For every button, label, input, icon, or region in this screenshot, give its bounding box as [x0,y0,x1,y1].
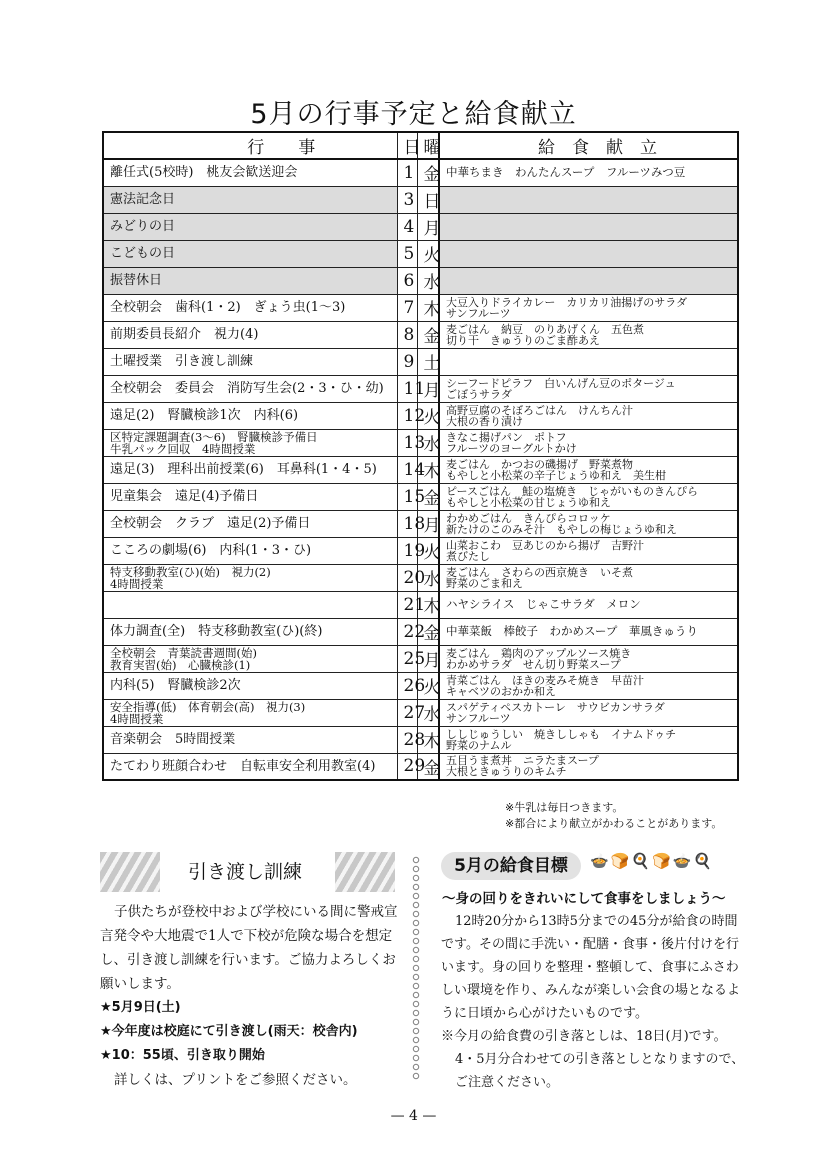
day-cell: 14 [397,456,417,483]
event-cell: 音楽朝会 5時間授業 [103,726,397,753]
weekday-cell: 水 [417,267,439,294]
menu-cell [439,240,738,267]
table-row: こころの劇場(6) 内科(1・3・ひ)19火山菜おこわ 豆あじのから揚げ 吉野汁… [103,537,738,564]
event-text: 全校朝会 歯科(1・2) ぎょう虫(1～3) [110,301,391,314]
header-day: 日 [397,132,417,159]
menu-text: 新たけのこのみそ汁 もやしの梅じょうゆ和え [446,524,731,535]
event-text: 前期委員長紹介 視力(4) [110,328,391,341]
menu-text: 麦ごはん さわらの西京焼き いそ煮 [446,567,731,578]
event-cell: こどもの日 [103,240,397,267]
menu-cell: ししじゅうしい 焼きししゃも イナムドゥチ野菜のナムル [439,726,738,753]
day-cell: 11 [397,375,417,402]
event-cell: 遠足(3) 理科出前授業(6) 耳鼻科(1・4・5) [103,456,397,483]
menu-cell: 五目うま煮丼 ニラたまスープ大根ときゅうりのキムチ [439,753,738,780]
menu-cell: きなこ揚げパン ポトフフルーツのヨーグルトかけ [439,429,738,456]
menu-text: もやしと小松菜の甘じょうゆ和え [446,497,731,508]
weekday-cell: 日 [417,186,439,213]
event-cell: みどりの日 [103,213,397,240]
table-row: 児童集会 遠足(4)予備日15金ピースごはん 鮭の塩焼き じゃがいものきんぴらも… [103,483,738,510]
event-cell: 土曜授業 引き渡し訓練 [103,348,397,375]
menu-text: わかめごはん きんぴらコロッケ [446,513,731,524]
event-text: 児童集会 遠足(4)予備日 [110,490,391,503]
day-cell: 12 [397,402,417,429]
menu-text: わかめサラダ せん切り野菜スープ [446,659,731,670]
event-text: こどもの日 [110,247,391,260]
event-cell: 区特定課題調査(3～6) 腎臓検診予備日牛乳パック回収 4時間授業 [103,429,397,456]
table-row: 区特定課題調査(3～6) 腎臓検診予備日牛乳パック回収 4時間授業13水きなこ揚… [103,429,738,456]
event-cell: 全校朝会 クラブ 遠足(2)予備日 [103,510,397,537]
menu-cell: 麦ごはん かつおの磯揚げ 野菜煮物もやしと小松菜の辛子じょうゆ和え 美生柑 [439,456,738,483]
lunch-fee-note-detail: 4・5月分合わせての引き落としとなりますので、ご注意ください。 [441,1048,746,1094]
event-text: 区特定課題調査(3～6) 腎臓検診予備日 [110,431,391,443]
weekday-cell: 土 [417,348,439,375]
event-text: 振替休日 [110,274,391,287]
menu-text: キャベツのおかか和え [446,686,731,697]
menu-text: 大根ときゅうりのキムチ [446,766,731,777]
day-cell: 8 [397,321,417,348]
menu-text: 煮びたし [446,551,731,562]
menu-text: シーフードピラフ 白いんげん豆のポタージュ [446,378,731,389]
drill-title: 引き渡し訓練 [100,857,390,884]
weekday-cell: 木 [417,294,439,321]
table-row: 全校朝会 青葉読書週間(始)教育実習(始) 心臓検診(1)25月麦ごはん 鶏肉の… [103,645,738,672]
menu-text: ピースごはん 鮭の塩焼き じゃがいものきんぴら [446,486,731,497]
event-text: 教育実習(始) 心臓検診(1) [110,659,391,671]
weekday-cell: 金 [417,321,439,348]
menu-cell [439,267,738,294]
event-text: 特支移動教室(ひ)(始) 視力(2) [110,566,391,578]
day-cell: 27 [397,699,417,726]
table-row: こどもの日5火 [103,240,738,267]
drill-body: 子供たちが登校中および学校にいる間に警戒宣言発令や大地震で1人で下校が危険な場合… [100,900,400,996]
note-menu-change: ※都合により献立がかわることがあります。 [505,816,722,832]
day-cell: 13 [397,429,417,456]
menu-text: 野菜のごま和え [446,578,731,589]
menu-cell [439,213,738,240]
menu-text: スパゲティペスカトーレ サウビカンサラダ [446,702,731,713]
table-row: 遠足(2) 腎臓検診1次 内科(6)12火高野豆腐のそぼろごはん けんちん汁大根… [103,402,738,429]
menu-text: ししじゅうしい 焼きししゃも イナムドゥチ [446,729,731,740]
day-cell: 20 [397,564,417,591]
table-row: 21木ハヤシライス じゃこサラダ メロン [103,591,738,618]
table-row: 全校朝会 歯科(1・2) ぎょう虫(1～3)7木大豆入りドライカレー カリカリ油… [103,294,738,321]
menu-text: 青菜ごはん ほきの麦みそ焼き 早苗汁 [446,675,731,686]
event-text: 体力調査(全) 特支移動教室(ひ)(終) [110,625,391,638]
menu-cell: わかめごはん きんぴらコロッケ新たけのこのみそ汁 もやしの梅じょうゆ和え [439,510,738,537]
event-cell: 遠足(2) 腎臓検診1次 内科(6) [103,402,397,429]
day-cell: 9 [397,348,417,375]
header-menu: 給 食 献 立 [439,132,738,159]
menu-text: フルーツのヨーグルトかけ [446,443,731,454]
table-row: 内科(5) 腎臓検診2次26火青菜ごはん ほきの麦みそ焼き 早苗汁キャベツのおか… [103,672,738,699]
event-cell: 離任式(5校時) 桃友会歓送迎会 [103,159,397,186]
day-cell: 7 [397,294,417,321]
day-cell: 3 [397,186,417,213]
day-cell: 15 [397,483,417,510]
table-row: 特支移動教室(ひ)(始) 視力(2)4時間授業20水麦ごはん さわらの西京焼き … [103,564,738,591]
drill-footer: 詳しくは、プリントをご参照ください。 [100,1068,400,1092]
schedule-body: 離任式(5校時) 桃友会歓送迎会1金中華ちまき わんたんスープ フルーツみつ豆憲… [103,159,738,780]
event-text: 憲法記念日 [110,193,391,206]
menu-text: 山菜おこわ 豆あじのから揚げ 吉野汁 [446,540,731,551]
event-cell: 児童集会 遠足(4)予備日 [103,483,397,510]
menu-text: 野菜のナムル [446,740,731,751]
day-cell: 1 [397,159,417,186]
event-text: 全校朝会 青葉読書週間(始) [110,647,391,659]
event-text: みどりの日 [110,220,391,233]
page-number: — 4 — [0,1108,827,1124]
lunch-fee-note: ※今月の給食費の引き落としは、18日(月)です。 [441,1025,746,1048]
table-row: 憲法記念日3日 [103,186,738,213]
menu-cell: 麦ごはん 納豆 のりあげくん 五色煮切り干 きゅうりのごま酢あえ [439,321,738,348]
lunch-goal-title: 5月の給食目標 [441,852,581,880]
menu-cell: 麦ごはん 鶏肉のアップルソース焼きわかめサラダ せん切り野菜スープ [439,645,738,672]
table-row: 遠足(3) 理科出前授業(6) 耳鼻科(1・4・5)14木麦ごはん かつおの磯揚… [103,456,738,483]
note-milk: ※牛乳は毎日つきます。 [505,800,722,816]
drill-point-time: ★10：55頃、引き取り開始 [100,1044,400,1068]
weekday-cell: 金 [417,159,439,186]
day-cell: 29 [397,753,417,780]
table-row: 体力調査(全) 特支移動教室(ひ)(終)22金中華菜飯 棒餃子 わかめスープ 華… [103,618,738,645]
lunch-goal-subtitle: ～身の回りをきれいにして食事をしましょう～ [442,887,726,907]
event-text: 音楽朝会 5時間授業 [110,733,391,746]
menu-cell: ハヤシライス じゃこサラダ メロン [439,591,738,618]
drill-section: 子供たちが登校中および学校にいる間に警戒宣言発令や大地震で1人で下校が危険な場合… [100,900,400,1092]
event-cell: 全校朝会 歯科(1・2) ぎょう虫(1～3) [103,294,397,321]
event-text: たてわり班顔合わせ 自転車安全利用教室(4) [110,760,391,773]
event-text: 全校朝会 クラブ 遠足(2)予備日 [110,517,391,530]
event-text: 4時間授業 [110,578,391,590]
drill-point-date: ★5月9日(土) [100,996,400,1020]
day-cell: 25 [397,645,417,672]
table-row: 前期委員長紹介 視力(4)8金麦ごはん 納豆 のりあげくん 五色煮切り干 きゅう… [103,321,738,348]
table-row: 全校朝会 委員会 消防写生会(2・3・ひ・幼)11月シーフードピラフ 白いんげん… [103,375,738,402]
table-row: たてわり班顔合わせ 自転車安全利用教室(4)29金五目うま煮丼 ニラたまスープ大… [103,753,738,780]
table-header-row: 行 事 日 曜 給 食 献 立 [103,132,738,159]
event-text: 4時間授業 [110,713,391,725]
day-cell: 22 [397,618,417,645]
menu-cell: 高野豆腐のそぼろごはん けんちん汁大根の香り漬け [439,402,738,429]
event-cell: 前期委員長紹介 視力(4) [103,321,397,348]
menu-text: 大豆入りドライカレー カリカリ油揚げのサラダ [446,297,731,308]
event-cell: 体力調査(全) 特支移動教室(ひ)(終) [103,618,397,645]
day-cell: 19 [397,537,417,564]
event-cell [103,591,397,618]
event-cell: 内科(5) 腎臓検診2次 [103,672,397,699]
table-row: 全校朝会 クラブ 遠足(2)予備日18月わかめごはん きんぴらコロッケ新たけのこ… [103,510,738,537]
menu-text: 中華菜飯 棒餃子 わかめスープ 華風きゅうり [446,626,731,637]
lunch-goal-section: 12時20分から13時5分までの45分が給食の時間です。その間に手洗い・配膳・食… [441,910,746,1094]
menu-text: 麦ごはん かつおの磯揚げ 野菜煮物 [446,459,731,470]
day-cell: 4 [397,213,417,240]
event-cell: こころの劇場(6) 内科(1・3・ひ) [103,537,397,564]
menu-text: 麦ごはん 鶏肉のアップルソース焼き [446,648,731,659]
event-cell: 憲法記念日 [103,186,397,213]
event-cell: 全校朝会 委員会 消防写生会(2・3・ひ・幼) [103,375,397,402]
menu-cell [439,186,738,213]
event-text: 安全指導(低) 体育朝会(高) 視力(3) [110,701,391,713]
menu-text: ごぼうサラダ [446,389,731,400]
event-text: こころの劇場(6) 内科(1・3・ひ) [110,544,391,557]
menu-text: サンフルーツ [446,308,731,319]
table-row: みどりの日4月 [103,213,738,240]
menu-cell: 大豆入りドライカレー カリカリ油揚げのサラダサンフルーツ [439,294,738,321]
event-text: 全校朝会 委員会 消防写生会(2・3・ひ・幼) [110,382,391,395]
table-row: 振替休日6水 [103,267,738,294]
menu-cell: シーフードピラフ 白いんげん豆のポタージュごぼうサラダ [439,375,738,402]
menu-cell: 山菜おこわ 豆あじのから揚げ 吉野汁煮びたし [439,537,738,564]
menu-cell [439,348,738,375]
table-row: 離任式(5校時) 桃友会歓送迎会1金中華ちまき わんたんスープ フルーツみつ豆 [103,159,738,186]
header-events: 行 事 [103,132,397,159]
menu-text: 大根の香り漬け [446,416,731,427]
day-cell: 18 [397,510,417,537]
menu-cell: ピースごはん 鮭の塩焼き じゃがいものきんぴらもやしと小松菜の甘じょうゆ和え [439,483,738,510]
table-notes: ※牛乳は毎日つきます。 ※都合により献立がかわることがあります。 [505,800,722,832]
table-row: 安全指導(低) 体育朝会(高) 視力(3)4時間授業27水スパゲティペスカトーレ… [103,699,738,726]
event-text: 遠足(2) 腎臓検診1次 内科(6) [110,409,391,422]
table-row: 音楽朝会 5時間授業28木ししじゅうしい 焼きししゃも イナムドゥチ野菜のナムル [103,726,738,753]
menu-text: 麦ごはん 納豆 のりあげくん 五色煮 [446,324,731,335]
event-text: 牛乳パック回収 4時間授業 [110,443,391,455]
drill-point-location: ★今年度は校庭にて引き渡し(雨天：校舎内) [100,1020,400,1044]
event-cell: 特支移動教室(ひ)(始) 視力(2)4時間授業 [103,564,397,591]
menu-text: サンフルーツ [446,713,731,724]
menu-text: きなこ揚げパン ポトフ [446,432,731,443]
menu-cell: 青菜ごはん ほきの麦みそ焼き 早苗汁キャベツのおかか和え [439,672,738,699]
menu-text: 切り干 きゅうりのごま酢あえ [446,335,731,346]
page-title: 5月の行事予定と給食献立 [0,92,827,131]
food-illustration-icon: 🍲🍞🍳🍞🍲🍳 [590,852,714,870]
menu-text: 高野豆腐のそぼろごはん けんちん汁 [446,405,731,416]
menu-cell: 中華菜飯 棒餃子 わかめスープ 華風きゅうり [439,618,738,645]
table-row: 土曜授業 引き渡し訓練9土 [103,348,738,375]
day-cell: 26 [397,672,417,699]
weekday-cell: 月 [417,213,439,240]
event-cell: 全校朝会 青葉読書週間(始)教育実習(始) 心臓検診(1) [103,645,397,672]
event-text: 土曜授業 引き渡し訓練 [110,355,391,368]
menu-cell: 中華ちまき わんたんスープ フルーツみつ豆 [439,159,738,186]
event-text: 内科(5) 腎臓検診2次 [110,679,391,692]
event-cell: 振替休日 [103,267,397,294]
menu-cell: スパゲティペスカトーレ サウビカンサラダサンフルーツ [439,699,738,726]
menu-text: ハヤシライス じゃこサラダ メロン [446,599,731,610]
lunch-goal-body: 12時20分から13時5分までの45分が給食の時間です。その間に手洗い・配膳・食… [441,910,746,1025]
event-cell: 安全指導(低) 体育朝会(高) 視力(3)4時間授業 [103,699,397,726]
menu-text: もやしと小松菜の辛子じょうゆ和え 美生柑 [446,470,731,481]
schedule-table: 行 事 日 曜 給 食 献 立 離任式(5校時) 桃友会歓送迎会1金中華ちまき … [102,131,739,781]
day-cell: 21 [397,591,417,618]
menu-cell: 麦ごはん さわらの西京焼き いそ煮野菜のごま和え [439,564,738,591]
day-cell: 5 [397,240,417,267]
event-text: 離任式(5校時) 桃友会歓送迎会 [110,166,391,179]
weekday-cell: 火 [417,240,439,267]
day-cell: 6 [397,267,417,294]
event-text: 遠足(3) 理科出前授業(6) 耳鼻科(1・4・5) [110,463,391,476]
menu-text: 中華ちまき わんたんスープ フルーツみつ豆 [446,167,731,178]
dotted-separator [411,855,421,1080]
day-cell: 28 [397,726,417,753]
event-cell: たてわり班顔合わせ 自転車安全利用教室(4) [103,753,397,780]
